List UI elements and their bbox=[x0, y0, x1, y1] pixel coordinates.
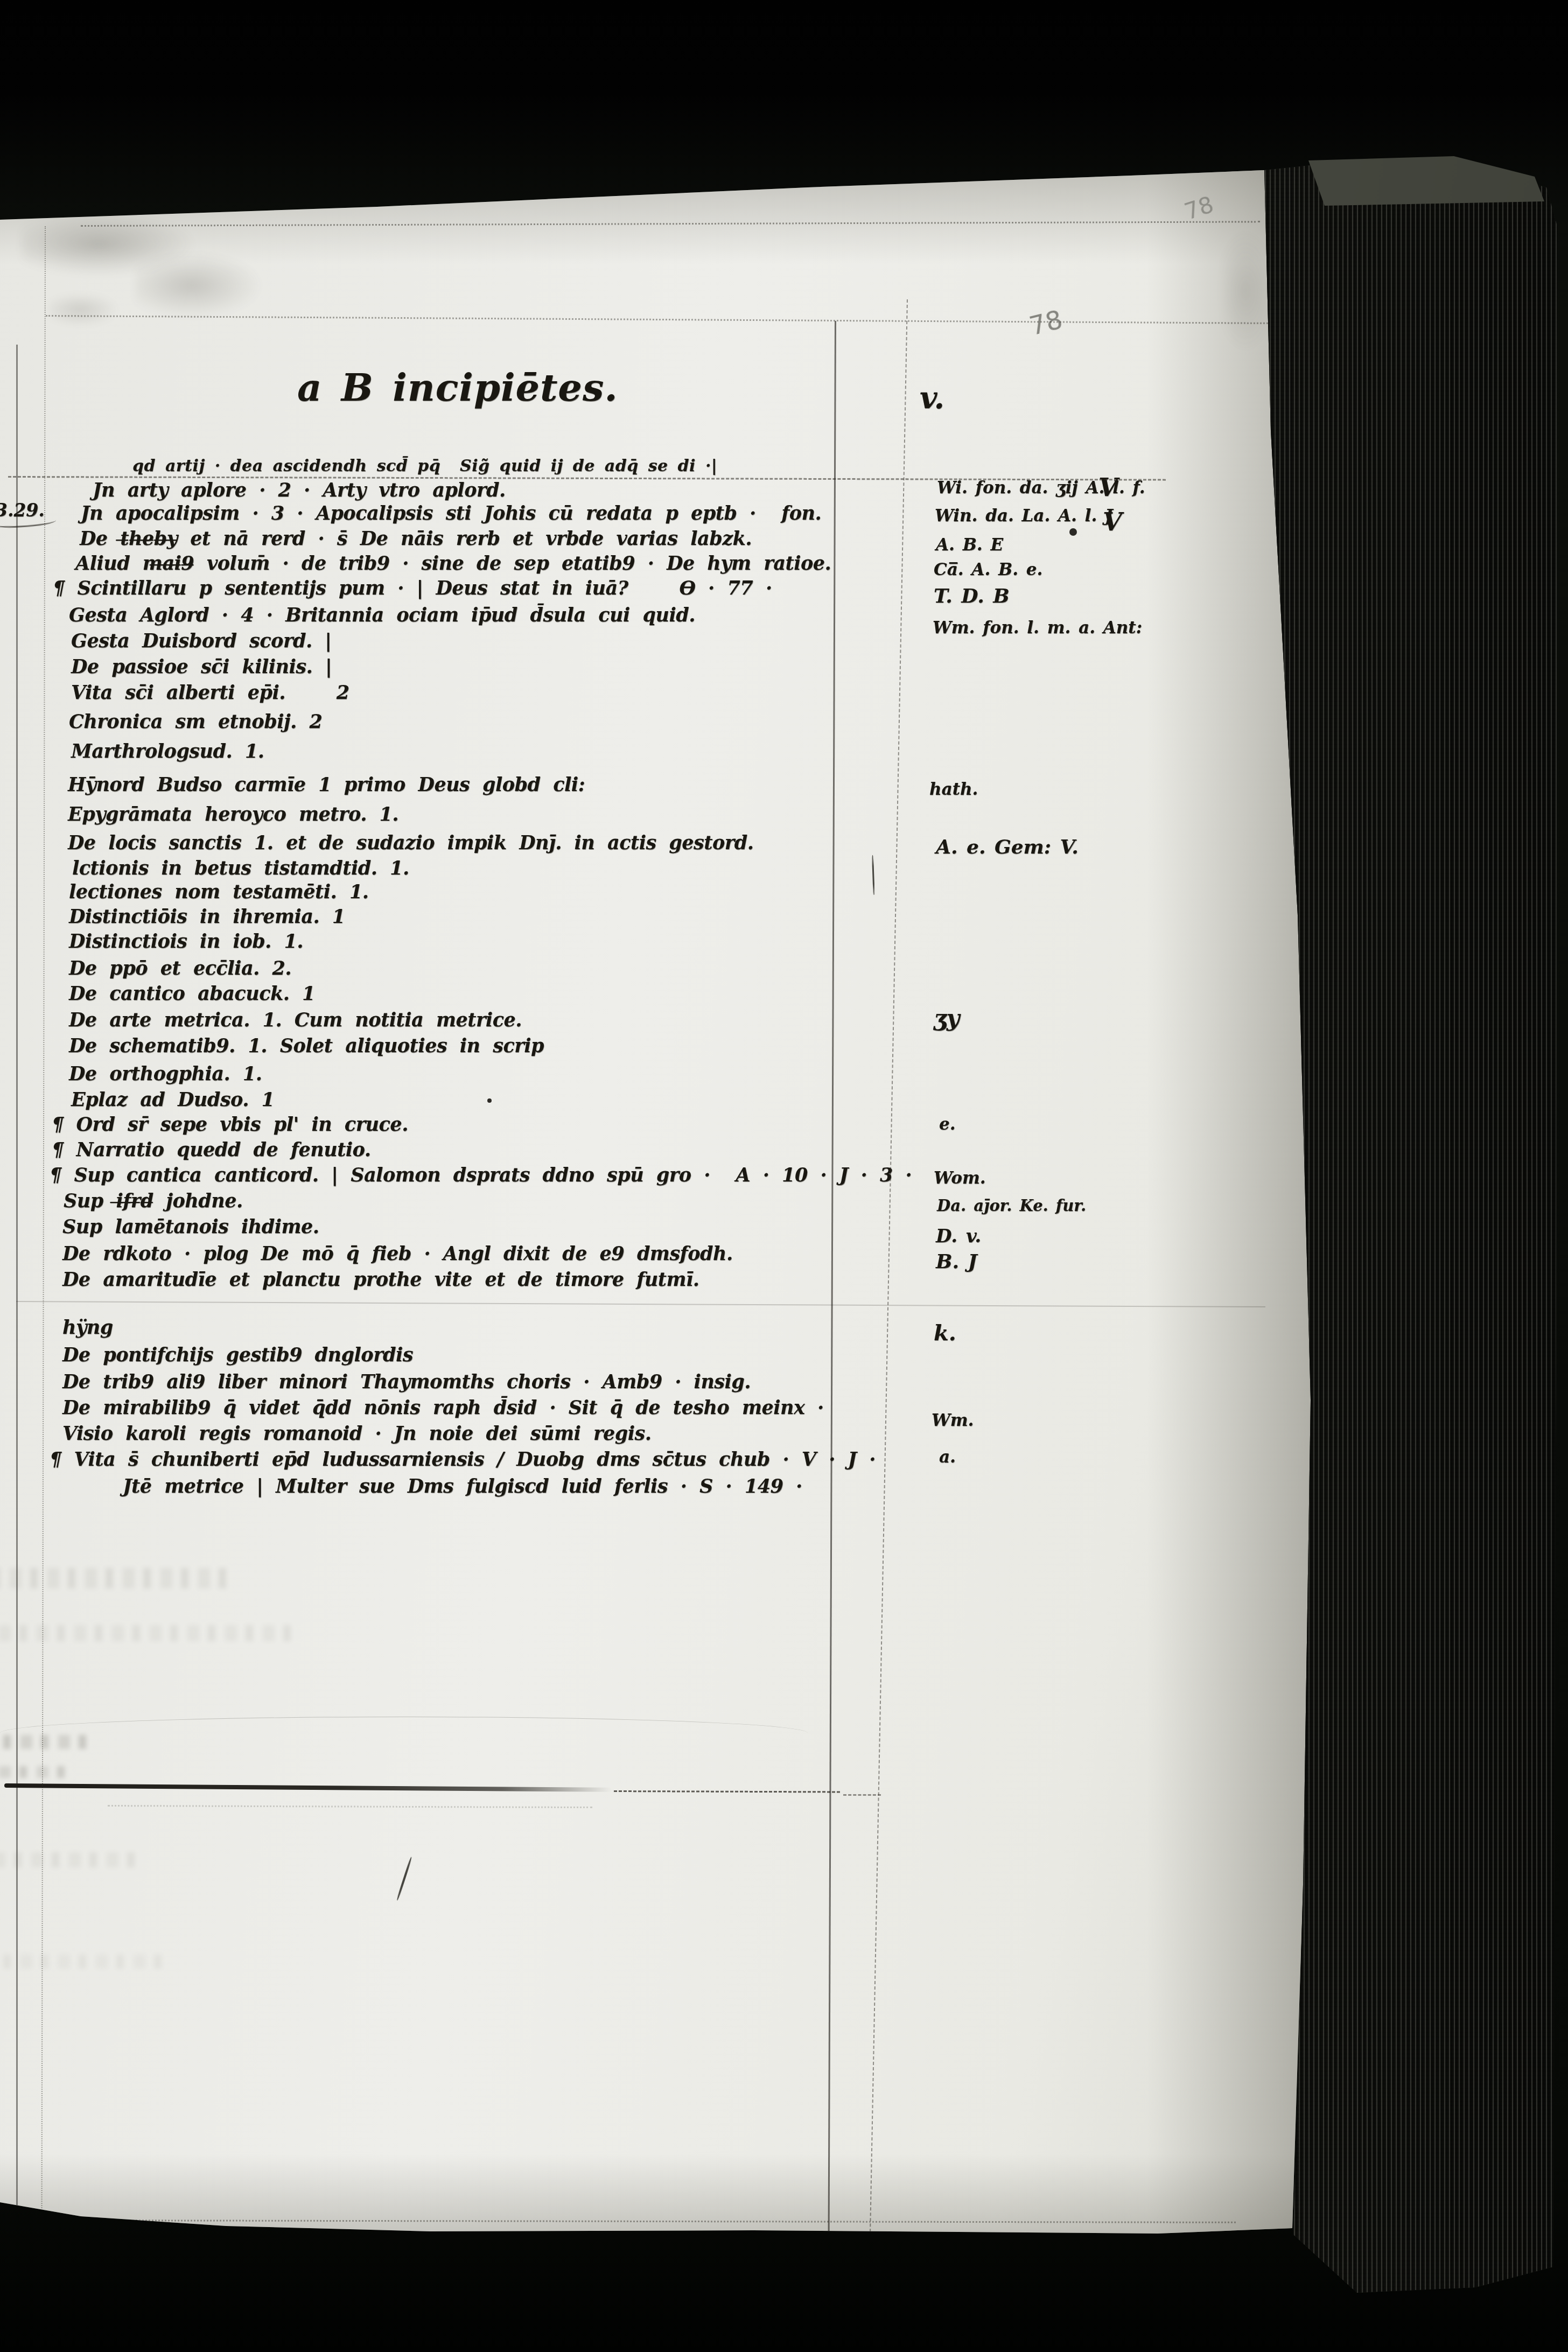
catalogue-entry-line: lectiones nom testamēti. 1. bbox=[69, 881, 368, 903]
catalogue-entry-line: De trib9 ali9 liber minori Thaymomths ch… bbox=[62, 1371, 751, 1393]
catalogue-entry-line: De ppō et ecc̄lia. 2. bbox=[69, 957, 291, 979]
stray-ink-stroke bbox=[396, 1857, 412, 1901]
shelfmark-annotation: a. bbox=[939, 1447, 956, 1467]
catalogue-entry-line: Sup lamētanois ihdime. bbox=[62, 1216, 319, 1238]
catalogue-entry-line: De cantico abacuck. 1 bbox=[69, 983, 315, 1005]
photograph-of-manuscript: { "header": { "title": "a B incipiētes."… bbox=[0, 0, 1568, 2352]
ink-showthrough-row bbox=[0, 1625, 291, 1641]
catalogue-entry-line: Jn apocalipsim · 3 · Apocalipsis sti Joh… bbox=[81, 502, 821, 524]
shelfmark-annotation: Win. da. La. A. l. J bbox=[935, 506, 1113, 526]
catalogue-entry-line: Eplaz ad Dudso. 1 bbox=[71, 1089, 274, 1111]
catalogue-entry-line: Jn arty aplore · 2 · Arty vtro aplord. bbox=[93, 479, 506, 501]
page-bottom-shadow bbox=[0, 2154, 1319, 2240]
ruled-line-vertical bbox=[16, 345, 18, 2225]
shelfmark-annotation: D. v. bbox=[936, 1226, 981, 1247]
catalogue-entry-line: Jtē metrice | Multer sue Dms fulgiscd lu… bbox=[123, 1475, 802, 1497]
catalogue-entry-line: De locis sanctis 1. et de sudazio impik … bbox=[68, 832, 753, 854]
catalogue-entry-line: ¶ Vita s̄ chuniberti ep̄d ludussarniensi… bbox=[50, 1448, 876, 1471]
catalogue-entry-line: ¶ Scintillaru p sententijs pum · | Deus … bbox=[53, 577, 772, 599]
catalogue-entry-line: Gesta Aglord · 4 · Britannia ociam ip̄ud… bbox=[69, 604, 695, 626]
ruled-line-horizontal bbox=[108, 1805, 592, 1808]
shelfmark-annotation: k. bbox=[934, 1320, 956, 1346]
shelfmark-annotation: Wom. bbox=[934, 1168, 986, 1188]
shelfmark-annotation: hath. bbox=[929, 780, 978, 799]
section-letter-marker: v. bbox=[920, 380, 944, 416]
catalogue-entry-line: Epygrāmata heroyco metro. 1. bbox=[68, 803, 398, 825]
stray-ink-dot bbox=[1069, 528, 1077, 536]
shelfmark-annotation: Ca̅. A. B. e. bbox=[934, 560, 1042, 579]
ink-showthrough-row bbox=[0, 1852, 135, 1867]
catalogue-entry-line: De pontifchijs gestib9 dnglordis bbox=[62, 1344, 413, 1366]
ruled-line-horizontal bbox=[843, 1794, 881, 1796]
catalogue-entry-line: Hȳnord Budso carmīe 1 primo Deus globd c… bbox=[68, 774, 585, 796]
ink-showthrough-row bbox=[0, 1955, 162, 1969]
folio-number-pencil: 78 bbox=[1026, 304, 1066, 341]
catalogue-entry-line: De passioe sc̄i kilinis. | bbox=[71, 656, 332, 678]
stray-ink-stroke bbox=[872, 855, 875, 895]
catalogue-entry-line: ¶ Sup cantica canticord. | Salomon dspra… bbox=[50, 1164, 912, 1186]
ruled-line-horizontal bbox=[4, 1783, 612, 1792]
catalogue-entry-line: hÿng bbox=[62, 1317, 113, 1339]
ink-showthrough-row bbox=[0, 1766, 65, 1778]
shelfmark-annotation: Wm. fon. l. m. a. Ant: bbox=[933, 618, 1142, 638]
shelfmark-annotation: A. B. E bbox=[936, 535, 1003, 555]
shelfmark-annotation: Wm. bbox=[932, 1411, 974, 1430]
page-heading: a B incipiētes. bbox=[297, 365, 618, 410]
paper-crease-hairline bbox=[0, 1717, 808, 1749]
catalogue-entry-line: Visio karoli regis romanoid · Jn noie de… bbox=[62, 1423, 651, 1445]
smudge-stain bbox=[1222, 232, 1273, 350]
catalogue-entry-line: De arte metrica. 1. Cum notitia metrice. bbox=[69, 1009, 522, 1031]
interlinear-addition: qd artij · dea ascidendh scd̄ pq̄ Sig̃ q… bbox=[132, 457, 717, 475]
ruled-line-vertical bbox=[828, 321, 836, 2231]
catalogue-entry-line: Chronica sm etnobij. 2 bbox=[69, 711, 322, 733]
shelfmark-annotation: V bbox=[1103, 507, 1122, 536]
catalogue-entry-line: De amaritudīe et planctu prothe vite et … bbox=[62, 1269, 699, 1291]
shelfmark-annotation: T. D. B bbox=[934, 585, 1010, 607]
shelfmark-annotation: ʒy bbox=[934, 1005, 960, 1031]
shelfmark-annotation: Da. aj̄or. Ke. fur. bbox=[937, 1196, 1086, 1215]
catalogue-entry-line: Vita sc̄i alberti ep̄i. 2 bbox=[71, 682, 349, 704]
catalogue-entry-line: De mirabilib9 q̄ videt q̄dd nōnis raph d… bbox=[62, 1397, 824, 1419]
ruled-line-horizontal bbox=[16, 1301, 1265, 1307]
smudge-stain bbox=[135, 253, 261, 318]
catalogue-entry-line: De schematib9. 1. Solet aliquoties in sc… bbox=[69, 1035, 544, 1057]
smudge-stain bbox=[48, 293, 118, 326]
catalogue-entry-line: ¶ Ord sr̄ sepe vbis pl' in cruce. bbox=[52, 1114, 408, 1136]
catalogue-entry-line: De t̶h̶e̶b̶y̶ et nā rerd · s̄ De nāis re… bbox=[80, 528, 752, 550]
catalogue-entry-line: ¶ Narratio quedd de fenutio. bbox=[52, 1139, 371, 1161]
catalogue-entry-line: De rdkoto · plog De mō q̄ fieb · Angl di… bbox=[62, 1243, 733, 1265]
catalogue-entry-line: Sup i̶f̶r̶d̶ johdne. bbox=[64, 1190, 243, 1212]
catalogue-entry-line: De orthogphia. 1. bbox=[69, 1063, 262, 1085]
catalogue-entry-line: Distinctiois in iob. 1. bbox=[69, 930, 303, 953]
stray-ink-dot bbox=[487, 1098, 492, 1103]
ruled-line-vertical bbox=[41, 226, 46, 2225]
shelfmark-annotation: e. bbox=[939, 1115, 956, 1134]
ruled-line-horizontal bbox=[614, 1790, 840, 1793]
ink-showthrough-row bbox=[0, 1568, 226, 1588]
shelfmark-annotation: A. e. Gem: V. bbox=[936, 836, 1079, 858]
catalogue-entry-line: lctionis in betus tistamdtid. 1. bbox=[72, 857, 409, 879]
catalogue-entry-line: Marthrologsud. 1. bbox=[71, 740, 264, 762]
ruled-line-vertical bbox=[870, 299, 908, 2237]
page-top-shadow bbox=[0, 162, 1292, 264]
catalogue-entry-line: Gesta Duisbord scord. | bbox=[71, 630, 331, 652]
catalogue-entry-line: Aliud m̶a̶i̶9̶ volum̄ · de trib9 · sine … bbox=[75, 552, 831, 575]
catalogue-entry-line: Distinctiōis in ihremia. 1 bbox=[69, 906, 345, 928]
shelfmark-annotation: B. J bbox=[936, 1250, 977, 1273]
shelfmark-annotation: V bbox=[1098, 473, 1118, 502]
